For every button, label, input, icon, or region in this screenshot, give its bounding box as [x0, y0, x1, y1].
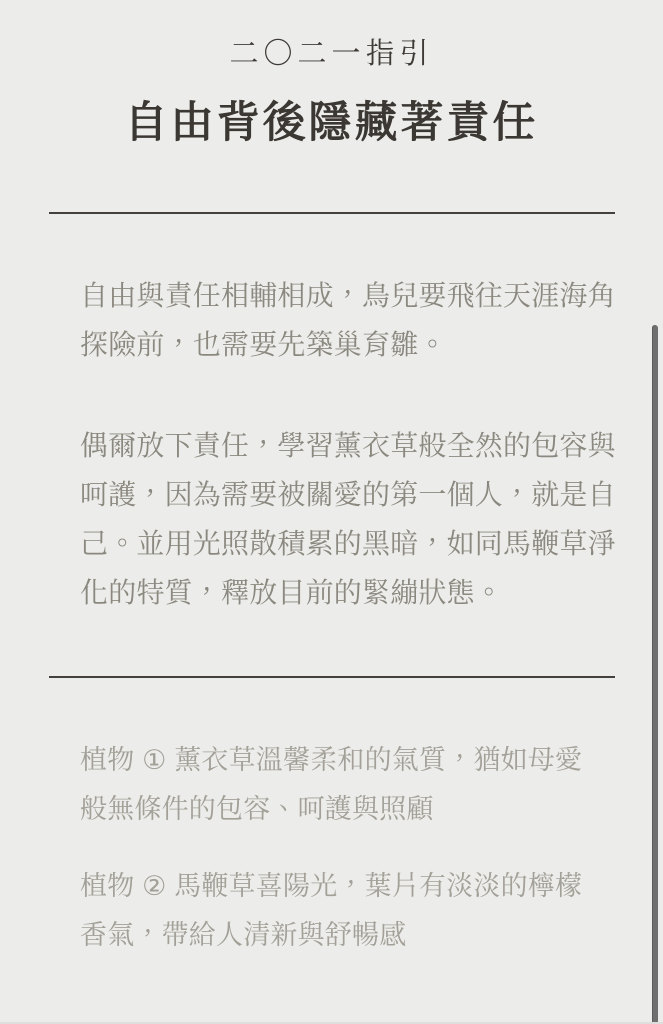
- paragraph-1: 自由與責任相輔相成，鳥兒要飛往天涯海角探險前，也需要先築巢育雛。: [80, 271, 617, 369]
- page-header: 二〇二一指引 自由背後隱藏著責任: [49, 36, 614, 150]
- reading-page: 二〇二一指引 自由背後隱藏著責任 自由與責任相輔相成，鳥兒要飛往天涯海角探險前，…: [0, 0, 663, 1024]
- scrollbar-thumb[interactable]: [652, 325, 658, 1024]
- plant-footnotes: 植物 ① 薰衣草溫馨柔和的氣質，猶如母愛般無條件的包容、呵護與照顧 植物 ② 馬…: [49, 736, 614, 960]
- page-eyebrow: 二〇二一指引: [49, 36, 614, 72]
- article-body: 自由與責任相輔相成，鳥兒要飛往天涯海角探險前，也需要先築巢育雛。 偶爾放下責任，…: [49, 271, 614, 617]
- page-title: 自由背後隱藏著責任: [49, 98, 614, 150]
- footnote-plant-1: 植物 ① 薰衣草溫馨柔和的氣質，猶如母愛般無條件的包容、呵護與照顧: [80, 736, 600, 834]
- scrollbar-track[interactable]: [649, 0, 663, 1024]
- top-divider: [49, 212, 615, 214]
- paragraph-2: 偶爾放下責任，學習薰衣草般全然的包容與呵護，因為需要被關愛的第一個人，就是自己。…: [80, 421, 617, 617]
- footnote-plant-2: 植物 ② 馬鞭草喜陽光，葉片有淡淡的檸檬香氣，帶給人清新與舒暢感: [80, 862, 600, 960]
- bottom-divider: [49, 676, 615, 678]
